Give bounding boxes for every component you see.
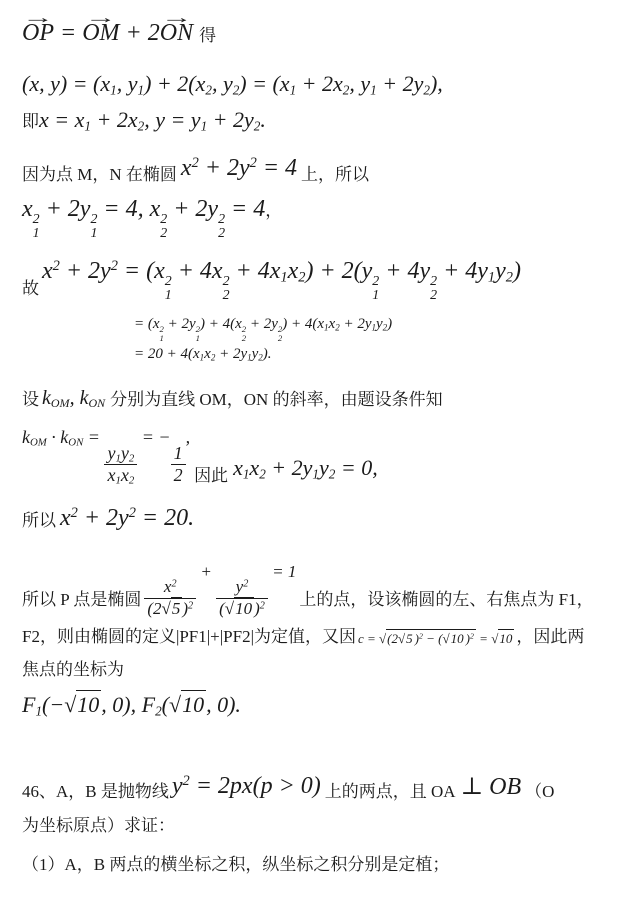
subscript: 2 [430, 289, 437, 304]
superscript: 2 [188, 600, 193, 611]
subscript: 1 [372, 289, 379, 304]
radical-sign: √ [64, 692, 76, 717]
math-token: + 2y [215, 346, 247, 362]
math-token: x [60, 505, 71, 531]
radicand: 5 [405, 629, 415, 646]
math-token: , y [212, 71, 233, 96]
subscript: 2 [423, 82, 430, 97]
math-token: x [233, 455, 243, 480]
subscript: OM [30, 436, 47, 448]
math-token: y [172, 773, 183, 799]
sqrt-radical: √10 [491, 629, 514, 646]
vector-arrow-icon: → [65, 10, 136, 27]
math-token: x [204, 346, 211, 362]
cn-text: 因为点 M，N 在椭圆 [22, 163, 177, 188]
math-token: ). [263, 346, 272, 362]
problem-46-line: 46、A，B 是抛物线y2 = 2px(p > 0)上的两点，且 OA⊥ OB（… [22, 772, 622, 804]
subscript: ON [88, 396, 105, 410]
superscript: 2 [218, 213, 225, 228]
subscript: 2 [155, 704, 162, 719]
fraction: y1y2x1x2 [104, 443, 137, 487]
math-token: , [186, 427, 191, 447]
math-token: + 2y [199, 155, 250, 181]
math-token: (x, y) = (x [22, 71, 110, 96]
math-run: ⊥ OB [461, 772, 522, 801]
math-token: , 0). [206, 692, 241, 717]
subscript: 2 [218, 227, 225, 242]
fraction-denominator: (√10)2 [216, 599, 268, 619]
math-token: x [181, 155, 192, 181]
sqrt-radical: √(2√5)2 − (√10)2 [379, 629, 476, 646]
cn-text: 46、A，B 是抛物线 [22, 780, 169, 805]
math-token: ), [430, 71, 443, 96]
subscript: 1 [196, 334, 200, 343]
ellipse-result-line: 所以x2 + 2y2 = 20. [22, 505, 622, 534]
math-token: = 0, [335, 455, 377, 480]
math-token: y [376, 316, 383, 332]
math-token: x [288, 258, 299, 284]
subscript: 2 [506, 269, 513, 285]
math-token: + 4y [379, 258, 430, 284]
math-token: x [249, 455, 259, 480]
superscript: 2 [111, 258, 118, 274]
math-token: ) + 4(x [282, 316, 324, 332]
math-run: x2 + 2y2 = 4 [181, 155, 297, 182]
fraction-numerator: 1 [171, 443, 186, 466]
superscript: 2 [223, 275, 230, 290]
math-token: k [42, 387, 51, 409]
math-token: ( [162, 692, 169, 717]
cn-text: 上的点，设该椭圆的左、右焦点为 F1， [299, 588, 593, 613]
math-token: + 4y [437, 258, 488, 284]
math-run: c = √(2√5)2 − (√10)2 = √10 [358, 631, 514, 647]
math-token: + 2x [296, 71, 343, 96]
math-token: OB [483, 774, 521, 800]
subscript: 1 [160, 334, 164, 343]
problem-46-part1-line: （1）A，B 两点的横坐标之积，纵坐标之积分别是定植； [22, 853, 622, 878]
subscript: 1 [110, 82, 117, 97]
math-token: = − [137, 427, 170, 447]
subscript: OM [51, 396, 70, 410]
superscript: 2 [171, 579, 176, 590]
radicand: 10 [234, 597, 254, 618]
math-token: ) [387, 316, 392, 332]
math-token: c = [358, 631, 379, 646]
sqrt-radical: √10 [443, 629, 466, 646]
subscript: 1 [312, 466, 319, 481]
math-token: y [121, 443, 129, 463]
supsub-stack: 22 [223, 275, 230, 304]
vector-equation-line: →OP = →OM + 2→ON得 [22, 20, 622, 49]
math-token: − ( [423, 631, 443, 646]
subscript: 2 [129, 452, 134, 464]
math-run: x = x1 + 2x2, y = y1 + 2y2. [39, 107, 266, 132]
cn-text: 得 [199, 24, 216, 49]
math-token: = (x [118, 258, 165, 284]
supsub-stack: 21 [165, 275, 172, 304]
subscript: 1 [84, 118, 91, 133]
math-token: = (x [134, 316, 160, 332]
math-token: (2 [387, 631, 398, 646]
math-token: = 4, x [97, 196, 160, 222]
vector-overline: →OM [82, 20, 119, 47]
math-run: kOM · kON = y1y2x1x2 = −12, [22, 427, 190, 487]
fraction-denominator: (2√5)2 [144, 599, 196, 619]
document-page: →OP = →OM + 2→ON得 (x, y) = (x1, y1) + 2(… [0, 0, 640, 905]
math-token: + 4x [230, 258, 281, 284]
cn-text: （1）A，B 两点的横坐标之积，纵坐标之积分别是定植； [22, 855, 449, 874]
cn-text: ，因此两 [516, 625, 584, 650]
subscript: 1 [165, 289, 172, 304]
math-token: = 4 [257, 155, 297, 181]
math-run: x2 + 2y2 = 20. [60, 505, 194, 532]
math-token: + 4x [172, 258, 223, 284]
slope-definition-line: 设kOM, kON分别为直线 OM，ON 的斜率，由题设条件知 [22, 387, 622, 413]
superscript: 2 [243, 579, 248, 590]
math-token: y [319, 455, 329, 480]
math-token: = [83, 427, 104, 447]
derivation-result-line: = 20 + 4(x1x2 + 2y1y2). [134, 346, 622, 363]
superscript: 2 [129, 505, 136, 521]
subscript: 1 [280, 269, 287, 285]
subscript: 2 [160, 227, 167, 242]
math-token: (2 [147, 599, 161, 618]
fraction: 12 [171, 443, 186, 487]
fraction: x2(2√5)2 [144, 577, 196, 619]
vector-arrow-icon: → [145, 10, 208, 27]
math-token: (− [42, 692, 64, 717]
subscript: 2 [205, 82, 212, 97]
math-token: y [495, 258, 506, 284]
superscript: 2 [183, 773, 190, 789]
radical-sign: √ [169, 692, 181, 717]
sqrt-radical: √10 [169, 690, 206, 717]
sqrt-radical: √5 [398, 629, 415, 646]
vector-overline: →ON [160, 20, 193, 47]
math-token: ) + 2(x [144, 71, 205, 96]
radicand: 10 [76, 690, 101, 717]
sqrt-radical: √5 [162, 597, 183, 618]
math-token: + 2x [91, 107, 138, 132]
radicand: 10 [450, 629, 466, 646]
radicand: (2√5)2 − (√10)2 [386, 629, 476, 646]
coordinate-expansion-line: (x, y) = (x1, y1) + 2(x2, y2) = (x1 + 2x… [22, 71, 622, 97]
subscript: 2 [129, 475, 134, 487]
math-token: + [196, 562, 216, 581]
component-equations-line: 即x = x1 + 2x2, y = y1 + 2y2. [22, 107, 622, 135]
subscript: 1 [33, 227, 40, 242]
cn-text: 上的两点，且 OA [325, 780, 456, 805]
math-token: , 0), F [101, 692, 155, 717]
superscript: 2 [33, 213, 40, 228]
perpendicular-symbol: ⊥ [461, 774, 484, 800]
ellipse-standard-form-line: 所以 P 点是椭圆x2(2√5)2 + y2(√10)2 = 1上的点，设该椭圆… [22, 560, 622, 613]
cn-text: （O [525, 780, 554, 805]
cn-text: F2，则由椭圆的定义|PF1|+|PF2|为定值，又因 [22, 625, 356, 650]
foci-intro-line: 焦点的坐标为 [22, 658, 622, 683]
math-token: + 2y [78, 505, 129, 531]
radicand: 10 [181, 690, 206, 717]
superscript: 2 [165, 275, 172, 290]
math-token: + 2y [164, 316, 196, 332]
math-token: = [476, 631, 491, 646]
math-token: , y = y [144, 107, 200, 132]
math-token: ) + 4(x [200, 316, 242, 332]
expansion-derivation-line: 故x2 + 2y2 = (x21 + 4x22 + 4x1x2) + 2(y21… [22, 258, 622, 304]
radical-sign: √ [225, 599, 234, 618]
subscript: 1 [370, 82, 377, 97]
subscript: 2 [242, 334, 246, 343]
point-equations-line: x21 + 2y21 = 4, x22 + 2y22 = 4， [22, 196, 622, 242]
cn-text: 即 [22, 112, 39, 131]
radicand: 10 [498, 629, 514, 646]
cn-text: ， [265, 201, 282, 220]
math-token: · [47, 427, 61, 447]
cn-text: 焦点的坐标为 [22, 660, 124, 679]
fraction-numerator: y1y2 [104, 443, 137, 466]
cn-text: 为坐标原点）求证： [22, 816, 175, 835]
math-token: , [70, 387, 80, 409]
math-token: + 2y [377, 71, 424, 96]
math-token: x [22, 196, 33, 222]
math-token: + 2y [167, 196, 218, 222]
math-run: →OP = →OM + 2→ON [22, 20, 193, 47]
math-token: = 2px(p > 0) [190, 773, 321, 799]
foci-coordinates-line: F1(−√10, 0), F2(√10, 0). [22, 692, 622, 718]
math-token: + 2y [60, 258, 111, 284]
vector-overline: →OP [22, 20, 54, 47]
superscript: 2 [260, 600, 265, 611]
math-token: k [22, 427, 30, 447]
math-token: + 2y [207, 107, 254, 132]
math-run: x2 + 2y2 = (x21 + 4x22 + 4x1x2) + 2(y21 … [42, 258, 521, 304]
math-token: x = x [39, 107, 84, 132]
subscript: 1 [90, 227, 97, 242]
math-token: = 20 + 4(x [134, 346, 200, 362]
supsub-stack: 21 [33, 213, 40, 242]
math-run: y2 = 2px(p > 0) [172, 773, 321, 800]
subscript: 2 [278, 334, 282, 343]
superscript: 2 [71, 505, 78, 521]
math-token: . [260, 107, 266, 132]
vector-arrow-icon: → [8, 10, 69, 27]
cn-text: 故 [22, 277, 39, 302]
math-token: x [121, 465, 129, 485]
fraction-denominator: x1x2 [104, 465, 137, 487]
fraction-denominator: 2 [171, 465, 186, 487]
radicand: 5 [171, 597, 183, 618]
radical-sign: √ [162, 599, 171, 618]
cn-text: 上，所以 [301, 163, 369, 188]
superscript: 2 [470, 631, 474, 640]
math-token: , y [117, 71, 138, 96]
supsub-stack: 22 [218, 213, 225, 242]
ellipse-condition-line: 因为点 M，N 在椭圆x2 + 2y2 = 4上，所以 [22, 155, 622, 188]
problem-46-continued-line: 为坐标原点）求证： [22, 814, 622, 839]
sqrt-radical: √10 [64, 690, 101, 717]
math-token: F [22, 692, 35, 717]
superscript: 2 [53, 258, 60, 274]
math-token: ) + 2(y [305, 258, 372, 284]
cn-text: 所以 P 点是椭圆 [22, 588, 141, 613]
sqrt-radical: √10 [225, 597, 254, 618]
focal-distance-line: F2，则由椭圆的定义|PF1|+|PF2|为定值，又因c = √(2√5)2 −… [22, 625, 622, 650]
math-token: ) = (x [239, 71, 289, 96]
math-run: x2(2√5)2 + y2(√10)2 = 1 [144, 560, 296, 619]
math-token: x [42, 258, 53, 284]
math-run: x1x2 + 2y1y2 = 0, [233, 455, 378, 481]
math-token: + 2y [40, 196, 91, 222]
slope-product-line: kOM · kON = y1y2x1x2 = −12,因此x1x2 + 2y1y… [22, 427, 622, 489]
fraction: y2(√10)2 [216, 577, 268, 619]
subscript: 2 [259, 466, 266, 481]
math-token: + 2y [340, 316, 372, 332]
fraction-numerator: y2 [216, 577, 268, 598]
math-token: + 2y [266, 455, 313, 480]
subscript: 2 [223, 289, 230, 304]
derivation-step-line: = (x21 + 2y21) + 4(x22 + 2y22) + 4(x1x2 … [134, 316, 622, 344]
math-token: = 20. [136, 505, 194, 531]
cn-text: 所以 [22, 509, 56, 534]
math-token: + 2y [246, 316, 278, 332]
cn-text: 分别为直线 OM，ON 的斜率，由题设条件知 [110, 388, 442, 413]
cn-text: 设 [22, 388, 39, 413]
superscript: 2 [250, 155, 257, 171]
subscript: ON [68, 436, 83, 448]
math-token: ) [513, 258, 521, 284]
math-token: , y [349, 71, 370, 96]
fraction-numerator: x2 [144, 577, 196, 598]
math-token: = 4 [225, 196, 265, 222]
radical-sign: √ [443, 631, 450, 646]
cn-text: 因此 [194, 464, 228, 489]
math-run: kOM, kON [42, 387, 105, 410]
superscript: 2 [192, 155, 199, 171]
math-token: = 1 [268, 562, 296, 581]
